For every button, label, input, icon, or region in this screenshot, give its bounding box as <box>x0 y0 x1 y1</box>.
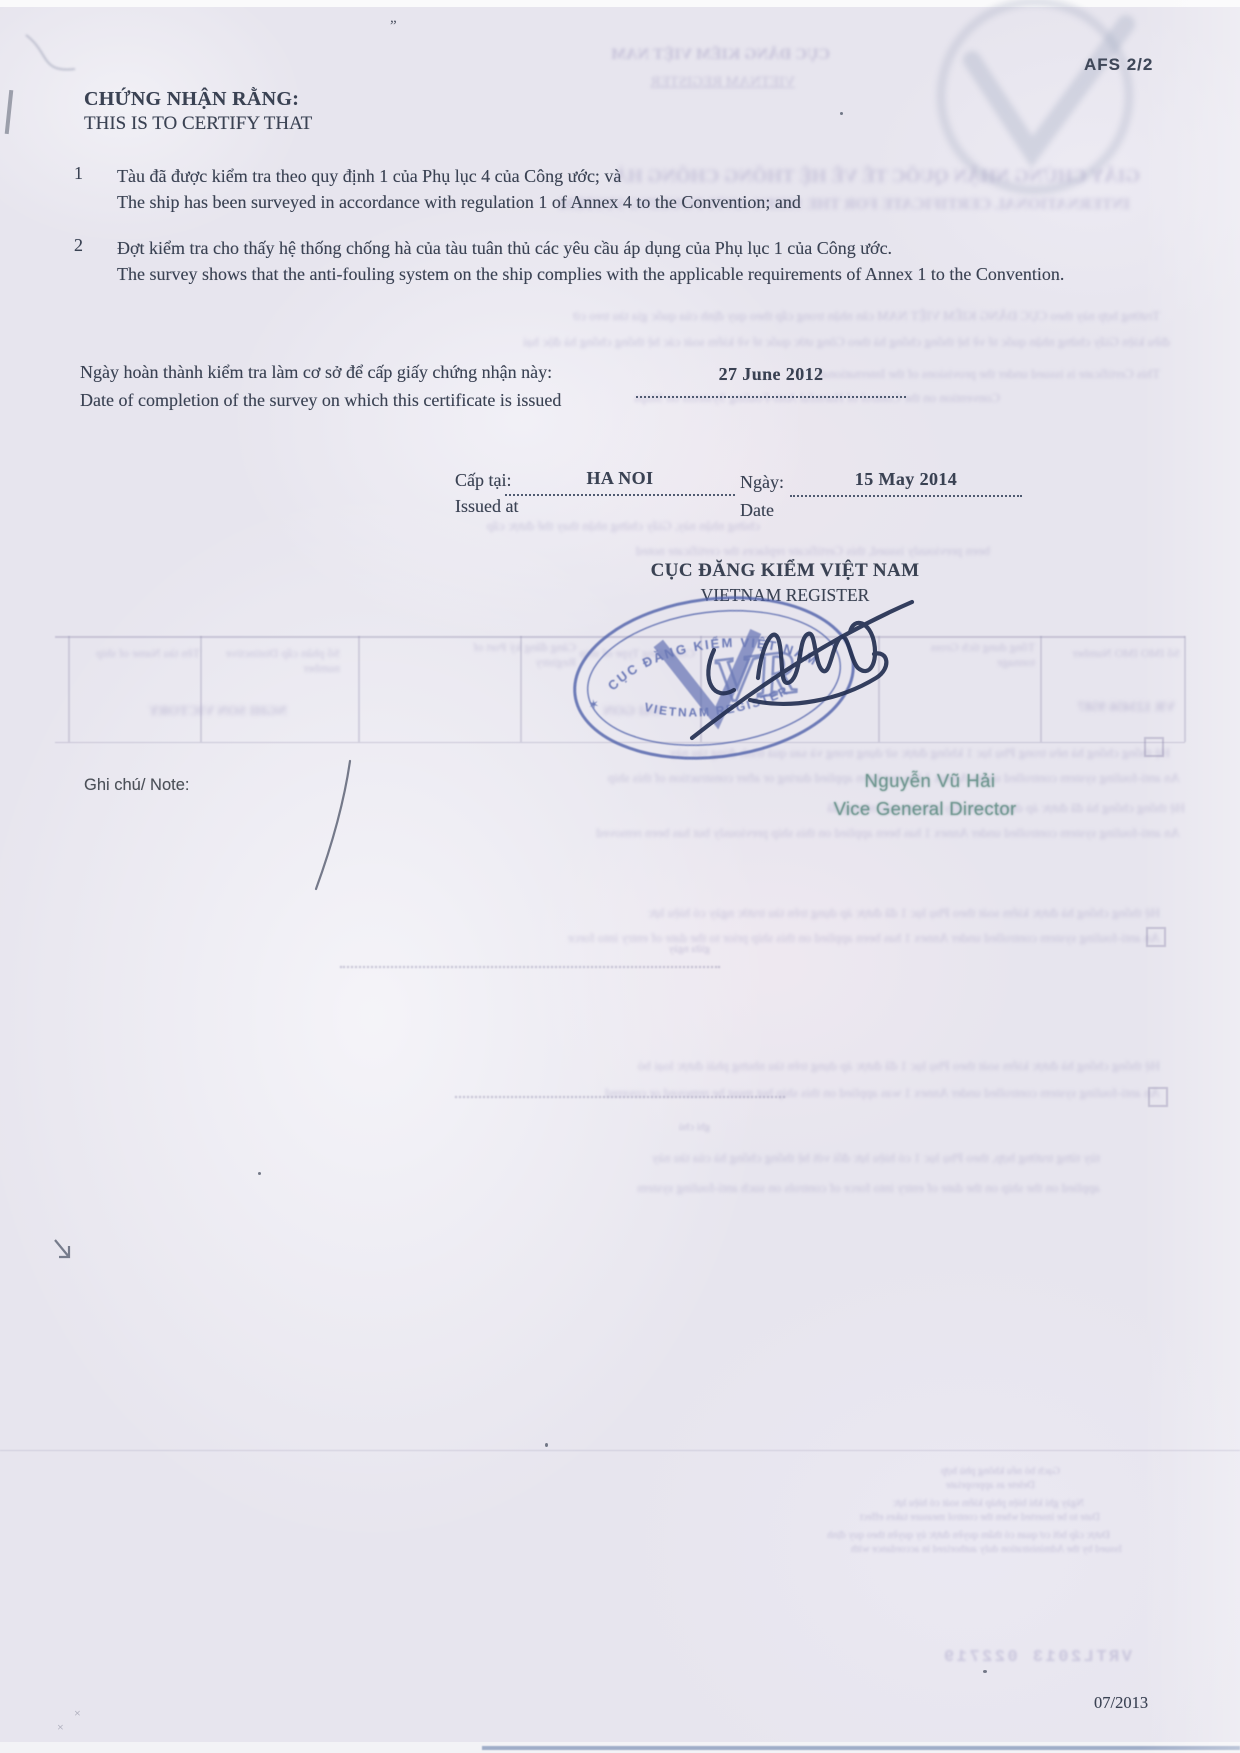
clause-2-text-en: The survey shows that the anti-fouling s… <box>117 261 1107 287</box>
ghost-serial-number: VRTL2013 022719 <box>922 1648 1132 1667</box>
ghost-dotted-line <box>455 1096 785 1098</box>
ghost-table-line <box>68 636 70 742</box>
ghost-table-line <box>358 636 360 742</box>
ghost-table-header: Cảng đăng ký Port of Registry <box>452 640 576 670</box>
scan-artifact: × <box>57 1720 64 1735</box>
scan-artifact <box>20 25 100 89</box>
scan-artifact <box>50 1236 78 1266</box>
clause-1-text-en: The ship has been surveyed in accordance… <box>117 189 1107 215</box>
certify-heading-vi: CHỨNG NHẬN RẰNG: <box>84 88 299 111</box>
ghost-table-value: VR 123456 9587 <box>930 700 1175 716</box>
ghost-bleedthrough-text: giữa ngày <box>600 944 710 955</box>
form-revision: 07/2013 <box>1094 1693 1148 1713</box>
ghost-table-line <box>1040 636 1042 742</box>
ghost-table-line <box>200 636 202 742</box>
ghost-footnote: Gạch bỏ nếu không phù hợp <box>835 1466 1060 1477</box>
form-code: AFS 2/2 <box>1084 55 1153 75</box>
scanned-certificate-page: CỤC ĐĂNG KIỂM VIỆT NAM VIETNAM REGISTER … <box>0 0 1240 1753</box>
completion-label-en: Date of completion of the survey on whic… <box>80 390 561 411</box>
scan-artifact: ” <box>390 18 397 35</box>
ghost-bleedthrough-text: Hệ thống chống hà được kiểm soát theo Ph… <box>300 1058 1160 1074</box>
ghost-checkbox <box>1144 737 1164 757</box>
ghost-bleedthrough-text: Trường hợp này theo CỤC ĐĂNG KIỂM VIỆT N… <box>300 308 1160 324</box>
scan-artifact <box>840 112 843 115</box>
pen-stroke <box>300 753 370 898</box>
ghost-table-header: Tên tàu Name of ship <box>88 646 200 661</box>
ghost-table-header: Số phân cấp Distinctive number <box>212 646 340 676</box>
completion-label-vi: Ngày hoàn thành kiểm tra làm cơ sở để cấ… <box>80 362 552 383</box>
clause-2-number: 2 <box>74 235 83 256</box>
ghost-bleedthrough-text: ghi chú <box>600 1122 710 1133</box>
ghost-bleedthrough-text: chứng nhận này, Giấy chứng nhận thay thế… <box>300 518 760 534</box>
clause-2-text-vi: Đợt kiểm tra cho thấy hệ thống chống hà … <box>117 235 1107 261</box>
ghost-bleedthrough-text: tùy từng trường hợp, theo Phụ lục 1 có h… <box>300 1150 1100 1166</box>
scan-artifact <box>5 90 13 134</box>
ghost-footnote: Ngày ghi khi biện pháp kiểm soát có hiệu… <box>822 1498 1084 1509</box>
ghost-bleedthrough-text: điều kiện Giấy chứng nhận quốc tế về hệ … <box>80 334 1170 350</box>
scan-artifact: × <box>74 1706 81 1721</box>
scan-artifact <box>545 1443 548 1447</box>
issued-at-label-vi: Cấp tại: <box>455 470 512 491</box>
ghost-dotted-line <box>340 966 720 968</box>
clause-1-text-vi: Tàu đã được kiểm tra theo quy định 1 của… <box>117 163 1107 189</box>
ghost-table-value: NGHI SON VICTORY <box>82 704 287 720</box>
ghost-bleedthrough-text: An anti-fouling system controlled under … <box>120 1085 1160 1101</box>
issue-date-value: 15 May 2014 <box>790 469 1022 490</box>
ghost-bleedthrough-text: Hệ thống chống hà được kiểm soát theo Ph… <box>320 905 1160 921</box>
ghost-footnote: Được cấp bởi cơ quan có thẩm quyền được … <box>758 1530 1110 1541</box>
scan-artifact <box>258 1172 261 1175</box>
completion-date-value: 27 June 2012 <box>636 364 906 385</box>
ghost-footnote: Date to be inserted when the control mea… <box>822 1512 1100 1523</box>
ghost-table-header: Số IMO IMO Number <box>1058 646 1180 661</box>
ghost-bleedthrough-text: applied on the ship on the date of entry… <box>200 1180 1100 1196</box>
ghost-bleedthrough-text: CỤC ĐĂNG KIỂM VIỆT NAM <box>470 46 830 64</box>
issued-at-value: HA NOI <box>505 468 735 489</box>
note-label: Ghi chú/ Note: <box>84 776 189 795</box>
signer-name: Nguyễn Vũ Hải <box>820 770 1040 792</box>
ghost-rule <box>0 1450 1240 1451</box>
issued-at-label-en: Issued at <box>455 496 518 517</box>
completion-date-line <box>636 396 906 398</box>
ghost-checkbox <box>1146 927 1166 947</box>
ghost-table-line <box>1184 636 1186 742</box>
certify-heading-en: THIS IS TO CERTIFY THAT <box>84 113 312 135</box>
issue-date-line <box>790 495 1022 497</box>
ghost-footnote: Delete as appropriate <box>835 1480 1035 1491</box>
ghost-bleedthrough-text: VIETNAM REGISTER <box>505 74 795 91</box>
scan-artifact <box>983 1670 987 1673</box>
stamp-star-icon: ✶ <box>587 696 600 712</box>
clause-1-number: 1 <box>74 163 83 184</box>
ghost-footnote: Issued by the Administration duly author… <box>758 1544 1122 1555</box>
date-label-vi: Ngày: <box>740 472 784 493</box>
issued-at-line <box>505 494 735 496</box>
signature <box>630 550 930 755</box>
scan-edge-bottom-bar <box>482 1746 1240 1750</box>
signer-title: Vice General Director <box>800 798 1050 820</box>
ghost-bleedthrough-text: An anti-fouling system controlled under … <box>120 825 1180 841</box>
ghost-checkbox <box>1148 1087 1168 1107</box>
date-label-en: Date <box>740 500 774 521</box>
